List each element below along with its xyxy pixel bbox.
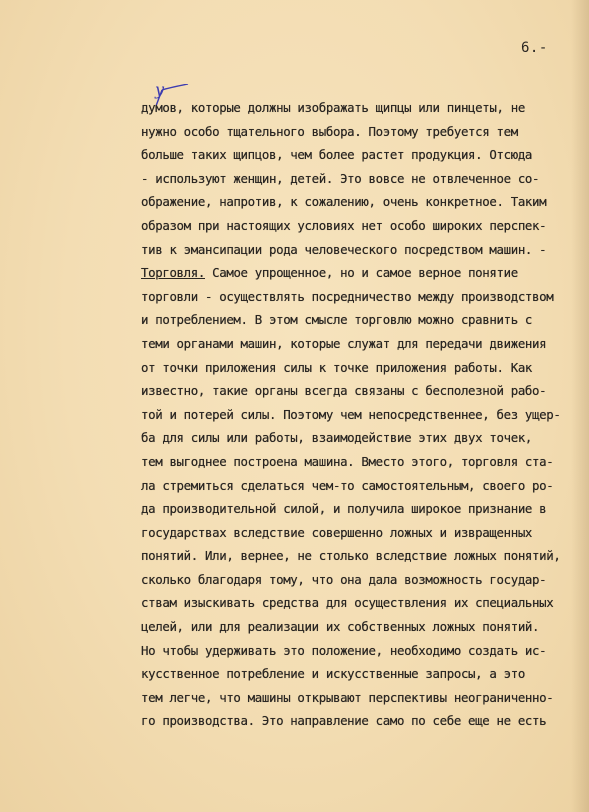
- text-line: больше таких щипцов, чем более растет пр…: [141, 143, 561, 167]
- text-line: от точки приложения силы к точке приложе…: [141, 356, 561, 380]
- text-line: той и потерей силы. Поэтому чем непосред…: [141, 403, 561, 427]
- text-line: теми органами машин, которые служат для …: [141, 332, 561, 356]
- text-line: известно, такие органы всегда связаны с …: [141, 379, 561, 403]
- text-line: ла стремиться сделаться чем-то самостоят…: [141, 474, 561, 498]
- text-line: да производительной силой, и получила ши…: [141, 497, 561, 521]
- page-number: 6.-: [521, 40, 548, 56]
- text-line: ба для силы или работы, взаимодействие э…: [141, 426, 561, 450]
- page-edge-shadow: [571, 0, 589, 812]
- text-line: Но чтобы удерживать это положение, необх…: [141, 639, 561, 663]
- section-heading-trade: Торговля.: [141, 265, 205, 280]
- text-line: торговли - осуществлять посредничество м…: [141, 285, 561, 309]
- text-line: сколько благодаря тому, что она дала воз…: [141, 568, 561, 592]
- document-page: 6.- у думов, которые должны изображать щ…: [0, 0, 589, 812]
- text-line: тем выгоднее построена машина. Вместо эт…: [141, 450, 561, 474]
- text-line-section-heading: Торговля. Самое упрощенное, но и самое в…: [141, 261, 561, 285]
- text-line: ствам изыскивать средства для осуществле…: [141, 591, 561, 615]
- text-line: и потреблением. В этом смысле торговлю м…: [141, 308, 561, 332]
- text-line: ображение, напротив, к сожалению, очень …: [141, 190, 561, 214]
- text-line: го производства. Это направление само по…: [141, 709, 561, 733]
- text-line: понятий. Или, вернее, не столько вследст…: [141, 544, 561, 568]
- text-line: думов, которые должны изображать щипцы и…: [141, 96, 561, 120]
- typewritten-text-body: думов, которые должны изображать щипцы и…: [141, 96, 561, 733]
- text-line: образом при настоящих условиях нет особо…: [141, 214, 561, 238]
- text-line: кусственное потребление и искусственные …: [141, 662, 561, 686]
- text-line: нужно особо тщательного выбора. Поэтому …: [141, 120, 561, 144]
- text-line-rest: Самое упрощенное, но и самое верное поня…: [205, 265, 518, 280]
- text-line: тив к эмансипации рода человеческого пос…: [141, 238, 561, 262]
- text-line: - используют женщин, детей. Это вовсе не…: [141, 167, 561, 191]
- text-line: государствах вследствие совершенно ложны…: [141, 521, 561, 545]
- text-line: целей, или для реализации их собственных…: [141, 615, 561, 639]
- text-line: тем легче, что машины открывают перспект…: [141, 686, 561, 710]
